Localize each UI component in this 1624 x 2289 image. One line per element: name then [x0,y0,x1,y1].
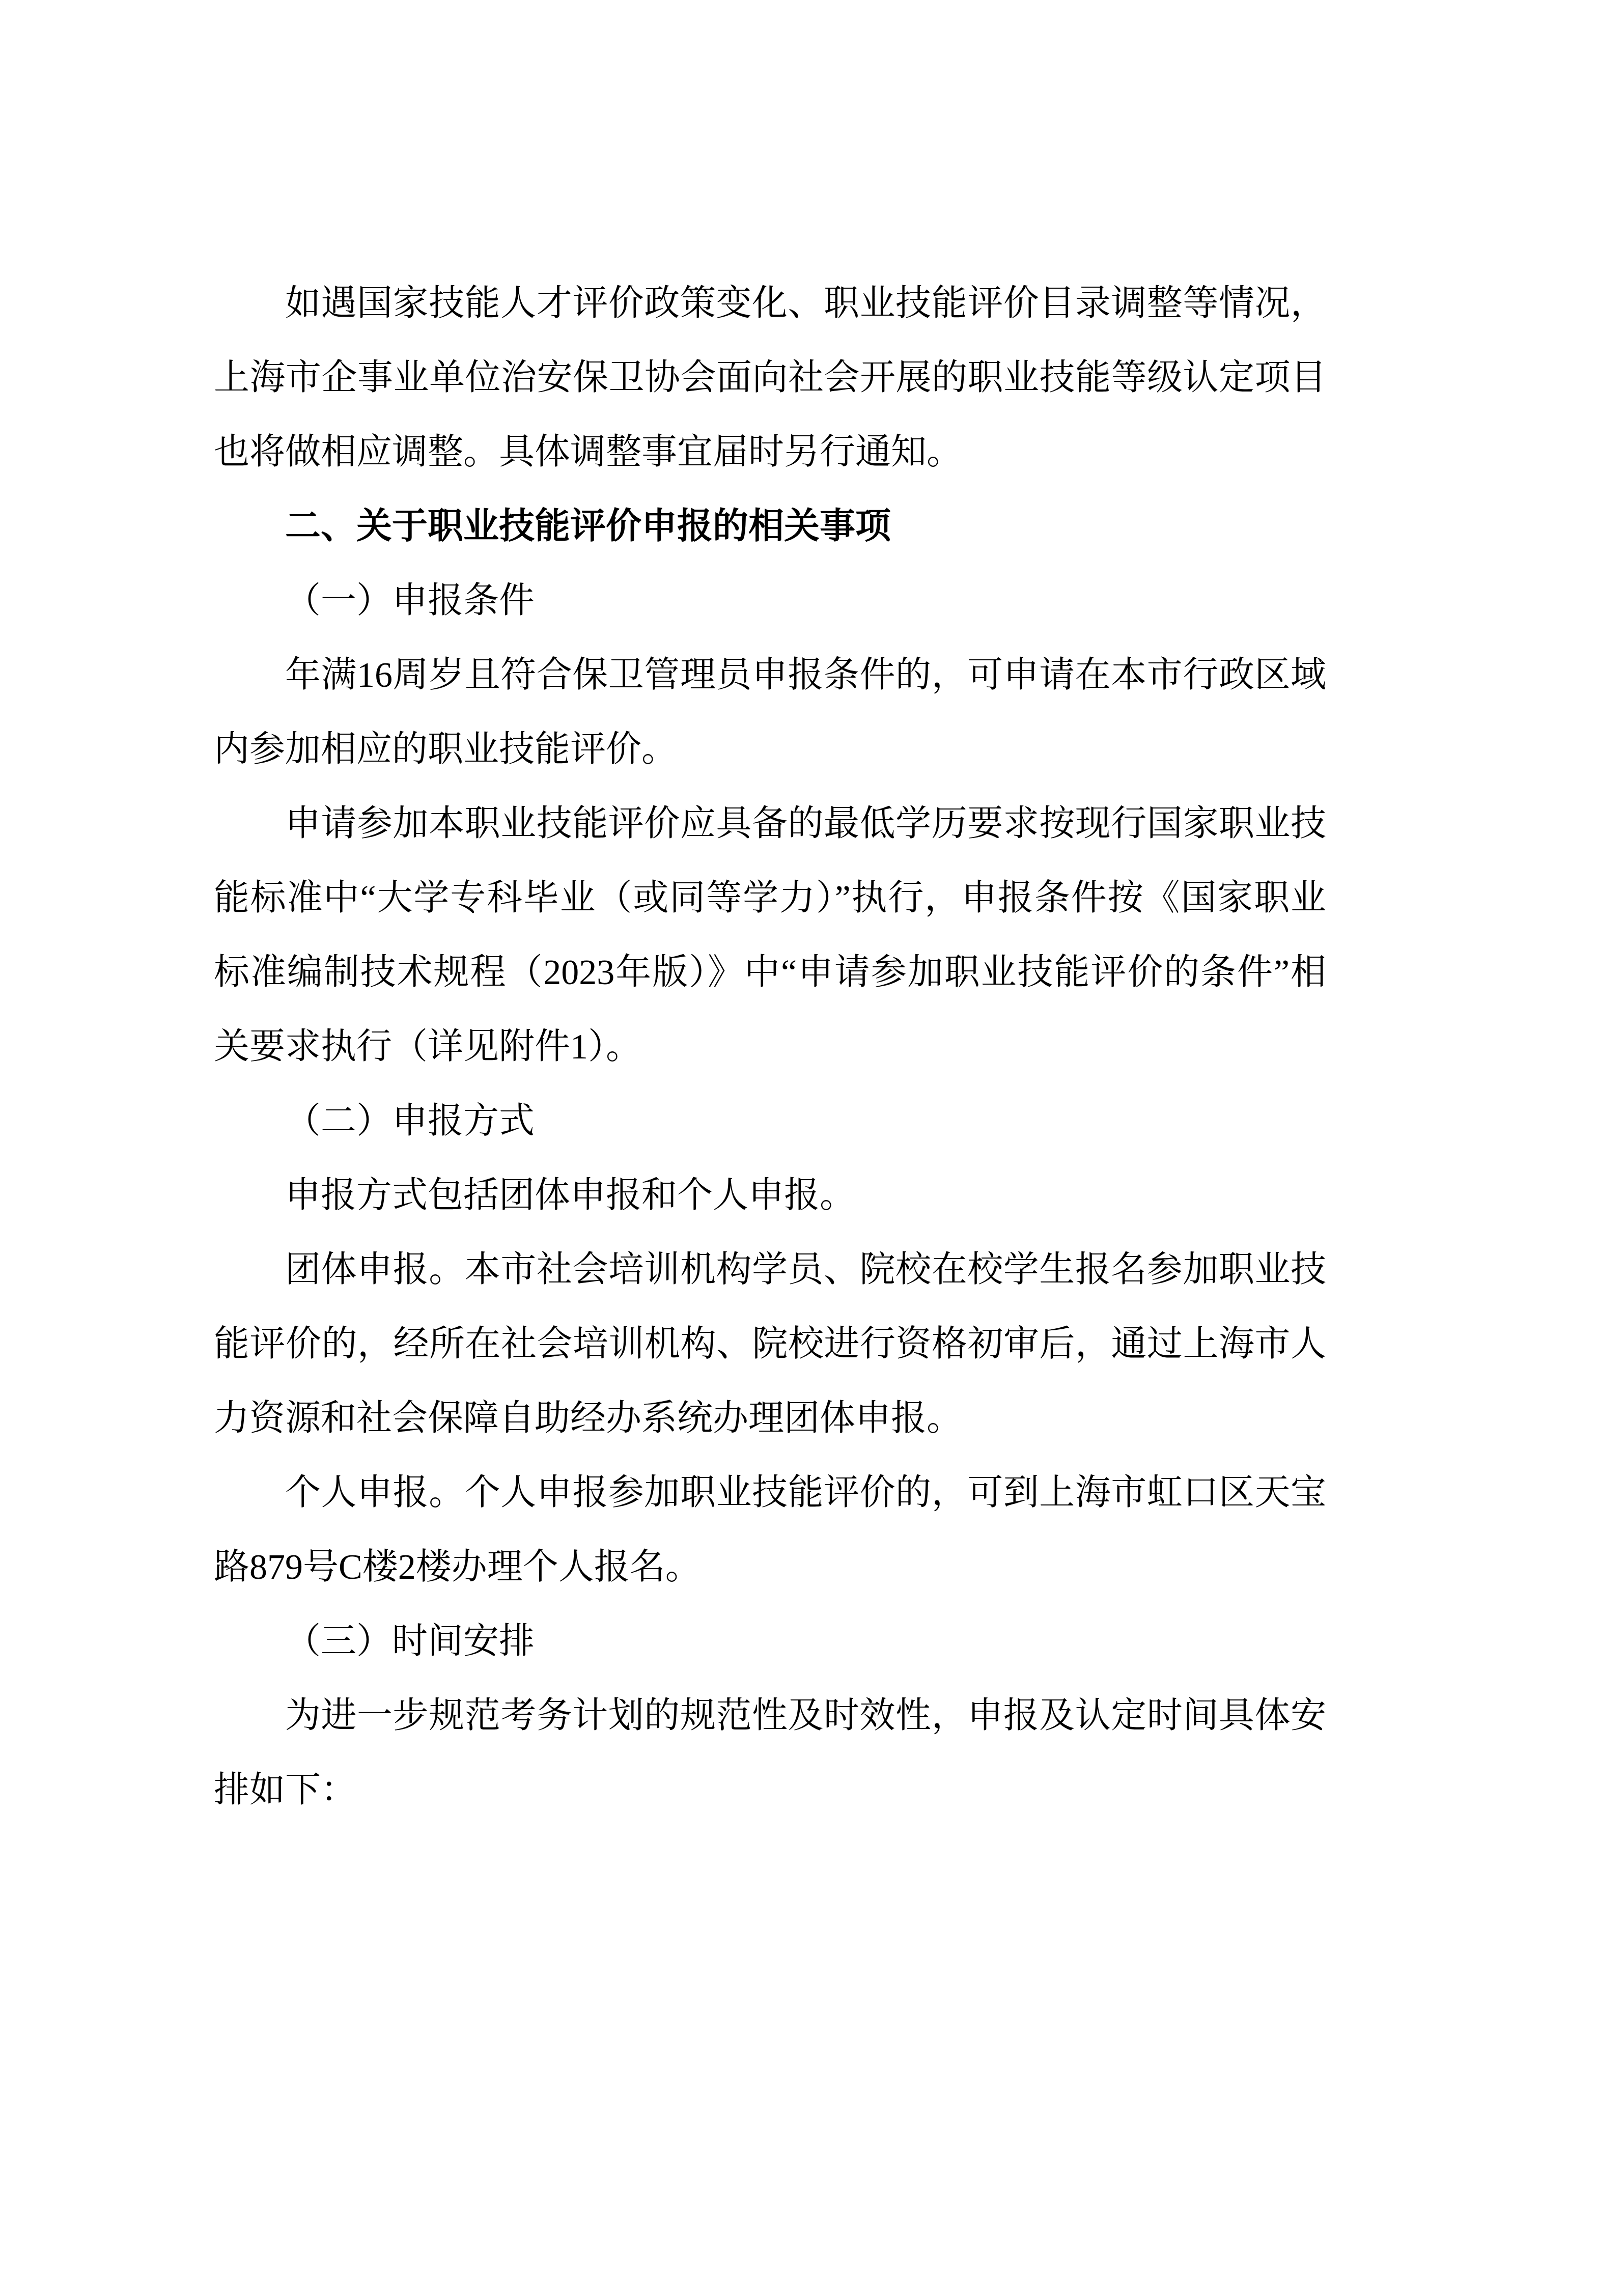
paragraph-application-method-overview: 申报方式包括团体申报和个人申报。 [214,1159,1326,1233]
heading-section-two: 二、关于职业技能评价申报的相关事项 [214,490,1326,564]
document-page: 如遇国家技能人才评价政策变化、职业技能评价目录调整等情况，上海市企事业单位治安保… [0,0,1624,2289]
subheading-time-schedule: （三）时间安排 [214,1605,1326,1679]
paragraph-education-requirement: 申请参加本职业技能评价应具备的最低学历要求按现行国家职业技能标准中“大学专科毕业… [214,787,1326,1084]
paragraph-age-requirement: 年满16周岁且符合保卫管理员申报条件的，可申请在本市行政区域内参加相应的职业技能… [214,638,1326,787]
paragraph-schedule-intro: 为进一步规范考务计划的规范性及时效性，申报及认定时间具体安排如下： [214,1679,1326,1828]
document-body: 如遇国家技能人才评价政策变化、职业技能评价目录调整等情况，上海市企事业单位治安保… [214,267,1326,1828]
paragraph-group-application: 团体申报。本市社会培训机构学员、院校在校学生报名参加职业技能评价的，经所在社会培… [214,1233,1326,1456]
paragraph-policy-adjustment-note: 如遇国家技能人才评价政策变化、职业技能评价目录调整等情况，上海市企事业单位治安保… [214,267,1326,490]
subheading-application-conditions: （一）申报条件 [214,564,1326,638]
subheading-application-method: （二）申报方式 [214,1084,1326,1159]
paragraph-individual-application: 个人申报。个人申报参加职业技能评价的，可到上海市虹口区天宝路879号C楼2楼办理… [214,1456,1326,1605]
